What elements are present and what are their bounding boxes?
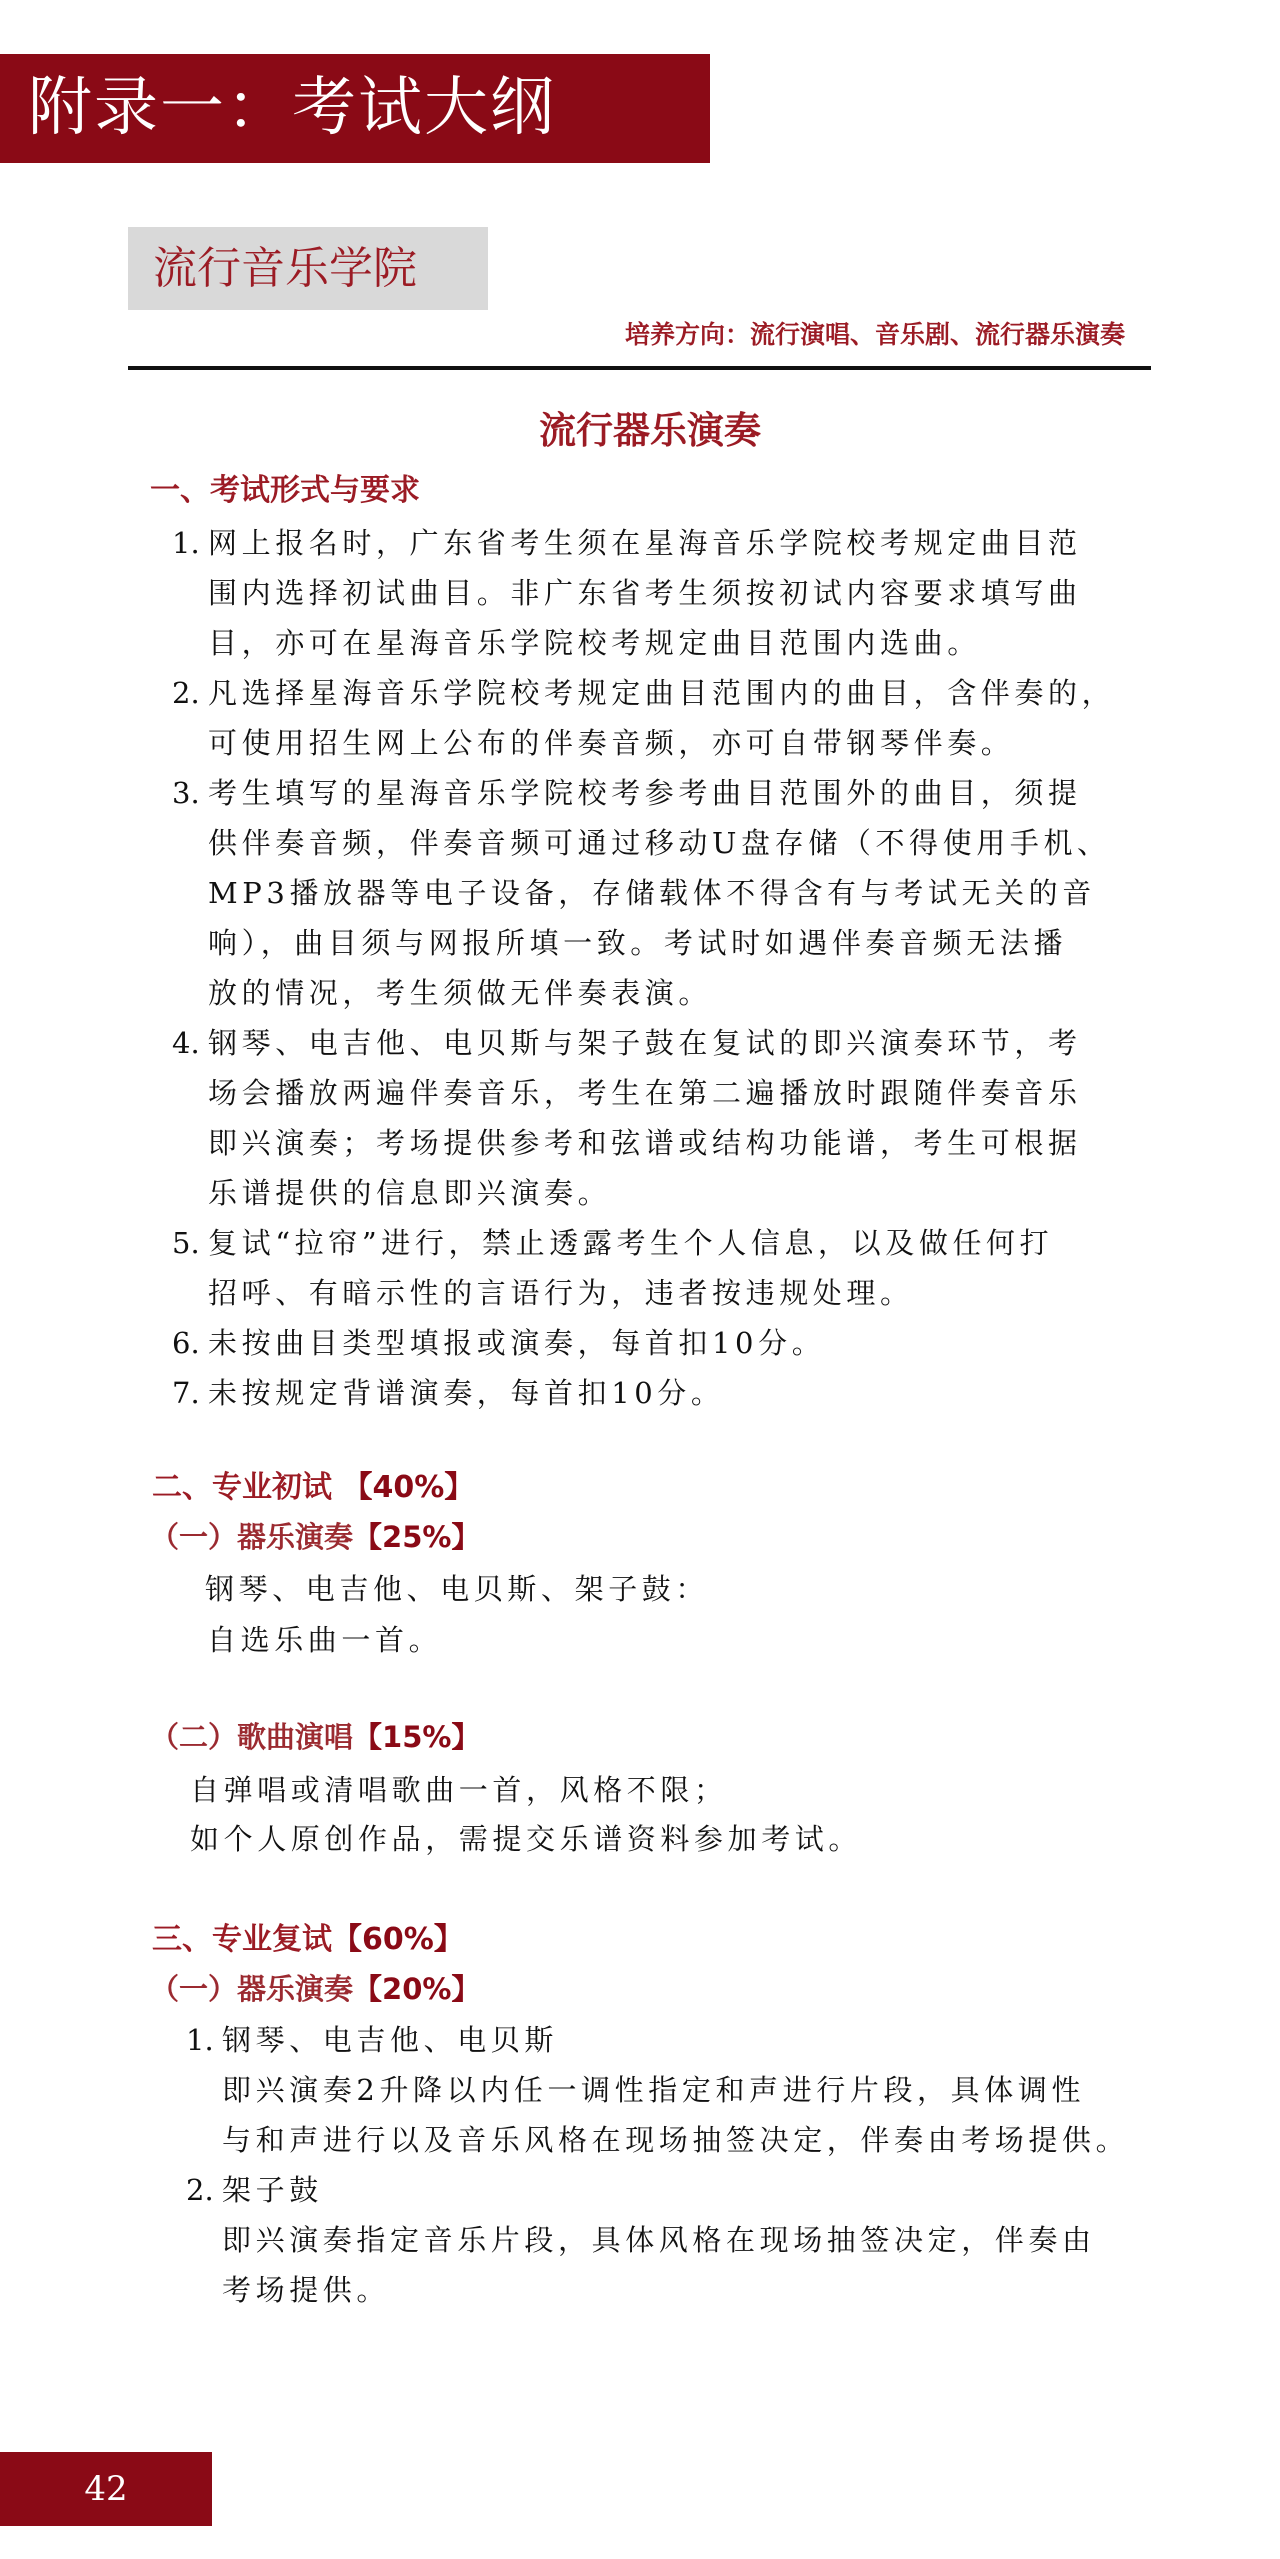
item-text-continued: MP3播放器等电子设备，存储载体不得含有与考试无关的音 — [172, 868, 1115, 918]
list-item: 6.未按曲目类型填报或演奏，每首扣10分。 — [172, 1318, 1115, 1368]
sub-2-weight: 【15%】 — [353, 1720, 480, 1754]
list-item: 1.钢琴、电吉他、电贝斯 — [186, 2015, 1129, 2065]
item-title: 架子鼓 — [222, 2173, 323, 2207]
section-3-heading: 三、专业复试【60%】 — [152, 1915, 464, 1965]
list-item: 2.架子鼓 — [186, 2165, 1129, 2215]
sub-2-text: 自弹唱或清唱歌曲一首，风格不限； — [190, 1765, 728, 1815]
item-text-continued: 响），曲目须与网报所填一致。考试时如遇伴奏音频无法播 — [172, 918, 1115, 968]
list-item: 2.凡选择星海音乐学院校考规定曲目范围内的曲目，含伴奏的， — [172, 668, 1115, 718]
item-title: 钢琴、电吉他、电贝斯 — [222, 2023, 558, 2057]
section-2-heading: 二、专业初试 【40%】 — [152, 1463, 474, 1513]
list-item: 1.网上报名时，广东省考生须在星海音乐学院校考规定曲目范 — [172, 518, 1115, 568]
section-3-title: 三、专业复试 — [152, 1922, 332, 1957]
item-number: 3. — [172, 768, 208, 818]
item-text: 与和声进行以及音乐风格在现场抽签决定，伴奏由考场提供。 — [186, 2115, 1129, 2165]
item-text: 网上报名时，广东省考生须在星海音乐学院校考规定曲目范 — [208, 526, 1082, 560]
page-number: 42 — [0, 2452, 212, 2526]
sub-1-title: （一）器乐演奏 — [150, 1520, 353, 1554]
training-direction: 培养方向：流行演唱、音乐剧、流行器乐演奏 — [625, 320, 1125, 350]
sub-1-weight: 【20%】 — [353, 1972, 480, 2006]
item-number: 2. — [172, 668, 208, 718]
appendix-title-bar: 附录一：考试大纲 — [0, 54, 710, 163]
section-2-title: 二、专业初试 — [152, 1470, 342, 1505]
item-text-continued: 场会播放两遍伴奏音乐，考生在第二遍播放时跟随伴奏音乐 — [172, 1068, 1115, 1118]
item-number: 5. — [172, 1218, 208, 1268]
sub-2-text: 如个人原创作品，需提交乐谱资料参加考试。 — [190, 1814, 862, 1864]
sub-1-weight: 【25%】 — [353, 1520, 480, 1554]
list-item: 7.未按规定背谱演奏，每首扣10分。 — [172, 1368, 1115, 1418]
header-divider — [128, 366, 1151, 370]
page-title: 流行器乐演奏 — [0, 408, 1280, 454]
section-3-weight: 【60%】 — [332, 1922, 464, 1957]
section-1-heading: 一、考试形式与要求 — [150, 466, 420, 516]
college-label-box: 流行音乐学院 — [128, 227, 488, 310]
item-text-continued: 围内选择初试曲目。非广东省考生须按初试内容要求填写曲 — [172, 568, 1115, 618]
section-3-list: 1.钢琴、电吉他、电贝斯 即兴演奏2升降以内任一调性指定和声进行片段，具体调性 … — [186, 2015, 1129, 2315]
item-text-continued: 放的情况，考生须做无伴奏表演。 — [172, 968, 1115, 1018]
section-1-list: 1.网上报名时，广东省考生须在星海音乐学院校考规定曲目范 围内选择初试曲目。非广… — [172, 518, 1115, 1418]
item-text-continued: 即兴演奏；考场提供参考和弦谱或结构功能谱，考生可根据 — [172, 1118, 1115, 1168]
item-number: 4. — [172, 1018, 208, 1068]
section-2-weight: 【40%】 — [342, 1470, 474, 1505]
item-text-continued: 供伴奏音频，伴奏音频可通过移动U盘存储（不得使用手机、 — [172, 818, 1115, 868]
item-text-continued: 招呼、有暗示性的言语行为，违者按违规处理。 — [172, 1268, 1115, 1318]
item-text: 钢琴、电吉他、电贝斯与架子鼓在复试的即兴演奏环节，考 — [208, 1026, 1082, 1060]
item-number: 2. — [186, 2165, 222, 2215]
item-number: 7. — [172, 1368, 208, 1418]
list-item: 5.复试“拉帘”进行，禁止透露考生个人信息，以及做任何打 — [172, 1218, 1115, 1268]
item-text-continued: 乐谱提供的信息即兴演奏。 — [172, 1168, 1115, 1218]
sub-1-title: （一）器乐演奏 — [150, 1972, 353, 2006]
sub-2-title: （二）歌曲演唱 — [150, 1720, 353, 1754]
item-text: 复试“拉帘”进行，禁止透露考生个人信息，以及做任何打 — [208, 1226, 1053, 1260]
item-text-continued: 目，亦可在星海音乐学院校考规定曲目范围内选曲。 — [172, 618, 1115, 668]
item-text: 考生填写的星海音乐学院校考参考曲目范围外的曲目，须提 — [208, 776, 1082, 810]
item-text: 即兴演奏2升降以内任一调性指定和声进行片段，具体调性 — [186, 2065, 1129, 2115]
item-text: 凡选择星海音乐学院校考规定曲目范围内的曲目，含伴奏的， — [208, 676, 1115, 710]
list-item: 3.考生填写的星海音乐学院校考参考曲目范围外的曲目，须提 — [172, 768, 1115, 818]
section-2-sub-1-heading: （一）器乐演奏【25%】 — [150, 1512, 480, 1563]
item-text-continued: 可使用招生网上公布的伴奏音频，亦可自带钢琴伴奏。 — [172, 718, 1115, 768]
item-number: 6. — [172, 1318, 208, 1368]
section-2-sub-2-heading: （二）歌曲演唱【15%】 — [150, 1712, 480, 1763]
section-3-sub-1-heading: （一）器乐演奏【20%】 — [150, 1964, 480, 2015]
item-text: 未按曲目类型填报或演奏，每首扣10分。 — [208, 1326, 825, 1360]
list-item: 4.钢琴、电吉他、电贝斯与架子鼓在复试的即兴演奏环节，考 — [172, 1018, 1115, 1068]
item-number: 1. — [186, 2015, 222, 2065]
page-number-bar: 42 — [0, 2452, 212, 2526]
item-text: 未按规定背谱演奏，每首扣10分。 — [208, 1376, 725, 1410]
appendix-title: 附录一：考试大纲 — [28, 54, 556, 163]
college-name: 流行音乐学院 — [153, 227, 417, 310]
item-text: 考场提供。 — [186, 2265, 1129, 2315]
item-number: 1. — [172, 518, 208, 568]
sub-1-text: 自选乐曲一首。 — [207, 1615, 442, 1665]
item-text: 即兴演奏指定音乐片段，具体风格在现场抽签决定，伴奏由 — [186, 2215, 1129, 2265]
sub-1-text: 钢琴、电吉他、电贝斯、架子鼓： — [205, 1564, 709, 1614]
